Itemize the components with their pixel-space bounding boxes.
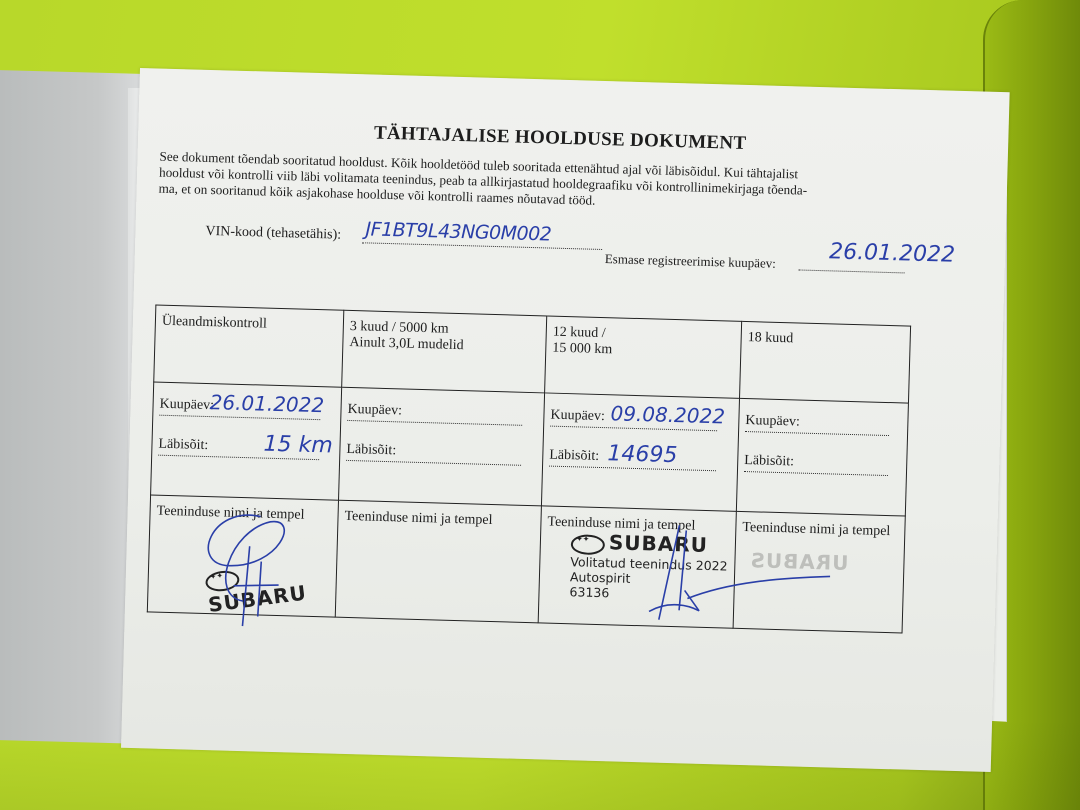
entry-cell-1: Kuupäev: Läbisõit:	[339, 387, 545, 506]
maintenance-table: Üleandmiskontroll 3 kuud / 5000 km Ainul…	[147, 305, 911, 634]
mileage-handwritten: 15 km	[263, 432, 333, 459]
entry-cell-3: Kuupäev: Läbisõit:	[736, 398, 908, 516]
date-field: Kuupäev: 09.08.2022	[550, 402, 733, 447]
mileage-field: Läbisõit: 15 km	[158, 431, 334, 476]
date-field: Kuupäev:	[745, 407, 902, 451]
entry-cell-2: Kuupäev: 09.08.2022 Läbisõit: 14695	[541, 393, 739, 511]
header-cell-3-months: 3 kuud / 5000 km Ainult 3,0L mudelid	[342, 310, 547, 393]
mileage-field: Läbisõit:	[346, 436, 537, 481]
date-field: Kuupäev:	[347, 396, 538, 441]
registration-dotted-line	[799, 269, 905, 273]
document-content: TÄHTAJALISE HOOLDUSE DOKUMENT See dokume…	[157, 117, 960, 273]
registration-date-label: Esmase registreerimise kuupäev:	[605, 251, 776, 272]
dealer-stamp: SUBARU	[204, 557, 338, 617]
mileage-field: Läbisõit:	[744, 447, 901, 491]
stamp-cell-3: Teeninduse nimi ja tempel URABUS	[733, 511, 905, 633]
stamp-cell-2: Teeninduse nimi ja tempel SUBARU Volitat…	[538, 506, 736, 628]
left-page	[0, 70, 140, 744]
header-cell-12-months: 12 kuud / 15 000 km	[545, 316, 742, 398]
date-field: Kuupäev: 26.01.2022	[159, 391, 335, 436]
dealer-stamp: SUBARU Volitatud teenindus 2022 Autospir…	[569, 529, 728, 603]
date-handwritten: 09.08.2022	[610, 401, 725, 428]
entry-cell-0: Kuupäev: 26.01.2022 Läbisõit: 15 km	[151, 382, 342, 500]
stamp-cell-0: Teeninduse nimi ja tempel SUBARU	[147, 495, 338, 617]
table-stamp-row: Teeninduse nimi ja tempel SUBARU Teenind…	[147, 495, 905, 633]
vin-handwritten-value: JF1BT9L43NG0M002	[365, 218, 551, 245]
registration-date-handwritten: 26.01.2022	[829, 239, 956, 268]
subaru-logo-icon	[571, 534, 606, 555]
date-handwritten: 26.01.2022	[209, 390, 324, 417]
intro-text: See dokument tõendab sooritatud hooldust…	[158, 149, 959, 219]
vin-row: VIN-kood (tehasetähis): JF1BT9L43NG0M002…	[157, 211, 958, 273]
document-page: TÄHTAJALISE HOOLDUSE DOKUMENT See dokume…	[121, 68, 1010, 772]
bleed-through-stamp: URABUS	[749, 548, 849, 575]
header-cell-18-months: 18 kuud	[740, 321, 911, 403]
mileage-field: Läbisõit: 14695	[549, 442, 732, 487]
header-cell-handover: Üleandmiskontroll	[154, 305, 344, 387]
table-entry-row: Kuupäev: 26.01.2022 Läbisõit: 15 km Kuup…	[151, 382, 909, 516]
mileage-handwritten: 14695	[607, 441, 678, 468]
vin-label: VIN-kood (tehasetähis):	[205, 224, 341, 244]
stamp-cell-1: Teeninduse nimi ja tempel	[335, 500, 541, 623]
